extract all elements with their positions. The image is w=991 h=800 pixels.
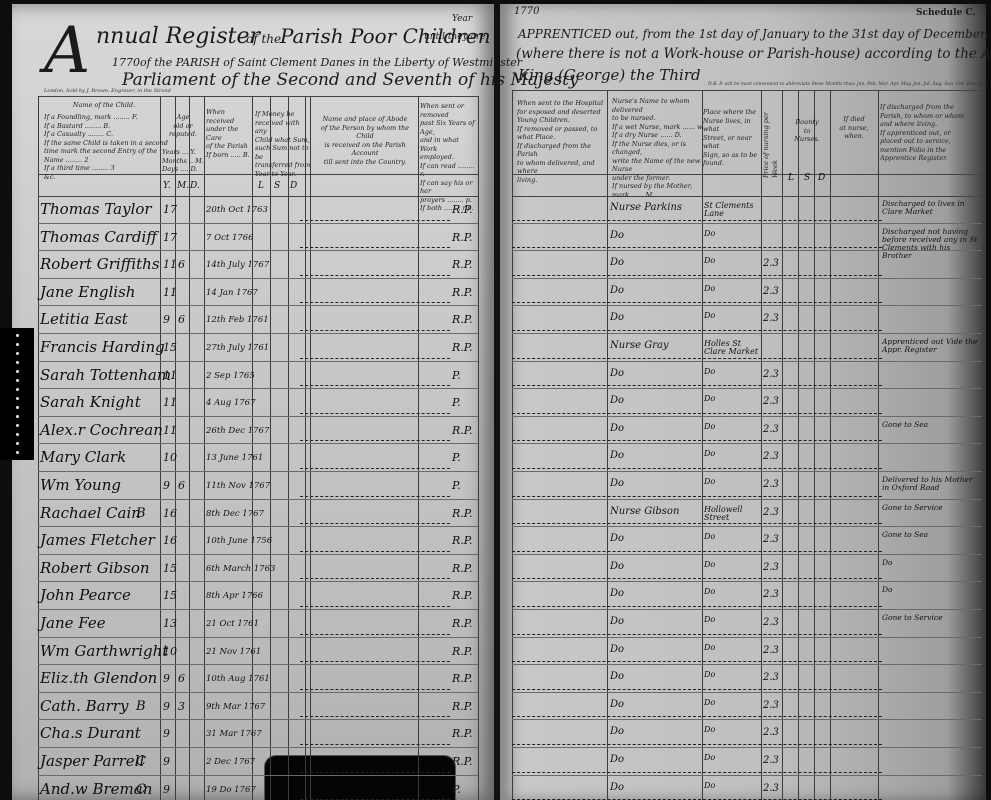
title-year-label: Year <box>452 14 472 24</box>
discharge-note: Gone to Sea <box>882 421 982 429</box>
nurse-place: Do <box>704 754 762 762</box>
entry-rule <box>512 330 882 332</box>
nurse-place: Do <box>704 478 762 486</box>
header-line: Years ... Y. <box>162 148 206 157</box>
printer-note: London, Sold by J. Brown, Engraver, in t… <box>44 88 171 94</box>
age-years: 10 <box>163 451 177 464</box>
nurse-place: Do <box>704 450 762 458</box>
title-initial: A <box>44 14 90 88</box>
nurse-name: Do <box>610 644 624 655</box>
header-line: If can read ........ r. <box>420 162 478 179</box>
date-received: 12th Feb 1761 <box>206 315 269 325</box>
right-title-note: N.B. It will be most convenient to abbre… <box>708 82 988 87</box>
table-row: DoDo2.3 <box>500 444 991 472</box>
table-row: DoDo2.3 <box>500 665 991 693</box>
unit-pounds: L <box>258 181 264 191</box>
child-name: Alex.r Cochrean <box>40 421 163 439</box>
weekly-price: 2.3 <box>763 617 779 628</box>
weekly-price: 2.3 <box>763 479 779 490</box>
nurse-place: Do <box>704 588 762 596</box>
table-row: Alex.r Cochrean1126th Dec 1767R.P. <box>0 417 494 445</box>
child-name: Robert Griffiths <box>40 255 160 273</box>
nurse-name: Do <box>610 478 624 489</box>
child-name: Jasper Parrell <box>40 752 144 770</box>
title-annual-register: nnual Register <box>96 24 260 49</box>
header-line: If a Bastard ........ B. <box>44 122 170 131</box>
entry-rule <box>512 358 882 360</box>
table-row: Thomas Cardiff177 Oct 1766R.P. <box>0 224 494 252</box>
header-line: to whom delivered, and where <box>517 159 609 176</box>
date-received: 7 Oct 1766 <box>206 233 254 243</box>
weekly-price: 2.3 <box>763 396 779 407</box>
header-line: transferred from <box>255 161 311 170</box>
entry-rule <box>512 302 882 304</box>
nurse-place: Hollowell Street <box>704 506 762 522</box>
col-place-header: Place where theNurse lives, in whatStree… <box>703 108 761 168</box>
unit-days: D. <box>190 181 200 191</box>
read-pray-status: P. <box>452 783 461 796</box>
table-row: Sarah Tottenham112 Sep 1765P. <box>0 362 494 390</box>
table-row: DoDo2.3 <box>500 720 991 748</box>
nurse-place: Do <box>704 312 762 320</box>
discharge-note: Gone to Service <box>882 504 982 512</box>
nurse-name: Do <box>610 368 624 379</box>
nurse-name: Do <box>610 671 624 682</box>
table-row: Nurse GrayHolles St Clare MarketApprenti… <box>500 334 991 362</box>
child-mark: C <box>136 782 146 797</box>
entry-rule <box>512 634 882 636</box>
nurse-place: Do <box>704 368 762 376</box>
weekly-price: 2.3 <box>763 783 779 794</box>
entry-rule <box>300 330 450 332</box>
date-received: 9th Mar 1767 <box>206 702 265 712</box>
table-row: Cha.s Durant931 Mar 1767R.P. <box>0 720 494 748</box>
table-row: Eliz.th Glendon9610th Aug 1761R.P. <box>0 665 494 693</box>
entry-rule <box>512 661 882 663</box>
unit-shillings: S <box>274 181 280 191</box>
title-year: 1770 <box>112 56 140 69</box>
title-parliament-line: Parliament of the Second and Seventh of … <box>122 70 579 90</box>
date-received: 8th Apr 1766 <box>206 591 263 601</box>
header-line: to be nursed. <box>612 114 704 123</box>
date-received: 19 Do 1767 <box>206 785 256 795</box>
age-years: 13 <box>163 617 177 630</box>
date-received: 27th July 1761 <box>206 343 269 353</box>
nurse-name: Nurse Parkins <box>610 202 682 213</box>
col-received-header: When receivedunder the Careof the Parish… <box>206 108 252 159</box>
date-received: 21 Oct 1761 <box>206 619 259 629</box>
header-line: placed out to service, <box>880 137 976 146</box>
discharge-note: Gone to Service <box>882 614 982 622</box>
table-row: DoDo2.3Do <box>500 582 991 610</box>
nurse-name: Do <box>610 588 624 599</box>
entry-rule <box>300 661 450 663</box>
child-name: Eliz.th Glendon <box>40 669 157 687</box>
header-line: for exposed and deserted <box>517 108 609 117</box>
nurse-place: Do <box>704 644 762 652</box>
entry-rule <box>512 385 882 387</box>
table-row: James Fletcher1610th June 1756R.P. <box>0 527 494 555</box>
age-months: 6 <box>178 258 185 271</box>
header-line: Apprentice Register. <box>880 154 976 163</box>
header-line: Place where the <box>703 108 761 117</box>
age-years: 10 <box>163 645 177 658</box>
read-pray-status: R.P. <box>452 203 472 216</box>
header-line: is received on the Parish Account <box>312 141 418 158</box>
entry-rule <box>300 523 450 525</box>
header-line: Sign, so as to be <box>703 151 761 160</box>
entry-rule <box>300 606 450 608</box>
table-row: Jasper ParrellC92 Dec 1767R.P. <box>0 748 494 776</box>
table-row: Wm Young9611th Nov 1767P. <box>0 472 494 500</box>
weekly-price: 2.3 <box>763 507 779 518</box>
header-line: If can say his or her <box>420 179 478 196</box>
nurse-name: Do <box>610 782 624 793</box>
age-years: 17 <box>163 231 177 244</box>
child-name: Wm Young <box>40 476 121 494</box>
age-years: 15 <box>163 562 177 575</box>
right-year: 1770 <box>514 6 539 17</box>
table-row: Nurse ParkinsSt Clements LaneDischarged … <box>500 196 991 224</box>
read-pray-status: R.P. <box>452 645 472 658</box>
header-line: under the Care <box>206 125 252 142</box>
read-pray-status: R.P. <box>452 755 472 768</box>
date-received: 13 June 1761 <box>206 453 263 463</box>
read-pray-status: R.P. <box>452 507 472 520</box>
unit-bounty-pounds: L <box>788 173 794 183</box>
header-line: If discharged from the <box>880 103 976 112</box>
nurse-name: Nurse Gray <box>610 340 669 351</box>
header-line: If died <box>832 115 876 124</box>
table-row: DoDo2.3 <box>500 362 991 390</box>
nurse-place: Do <box>704 726 762 734</box>
header-line: Name ........ 2 <box>44 156 170 165</box>
child-name: Thomas Taylor <box>40 200 152 218</box>
table-row: DoDo2.3 <box>500 693 991 721</box>
header-line: When received <box>206 108 252 125</box>
entry-rule <box>300 358 450 360</box>
weekly-price: 2.3 <box>763 451 779 462</box>
nurse-place: Do <box>704 616 762 624</box>
col-money-header: If Money bereceived with anyChild what S… <box>255 110 311 178</box>
read-pray-status: P. <box>452 369 461 382</box>
entry-rule <box>512 551 882 553</box>
weekly-price: 2.3 <box>763 700 779 711</box>
table-row: Jane Fee1321 Oct 1761R.P. <box>0 610 494 638</box>
entry-rule <box>512 772 882 774</box>
entry-rule <box>300 385 450 387</box>
entry-rule <box>512 440 882 442</box>
child-mark: B <box>136 506 146 521</box>
entry-rule <box>300 275 450 277</box>
header-line: When sent to the Hospital <box>517 99 609 108</box>
nurse-place: Holles St Clare Market <box>704 340 762 356</box>
nurse-place: Do <box>704 395 762 403</box>
read-pray-status: P. <box>452 396 461 409</box>
header-line: such Sum not to be <box>255 144 311 161</box>
entry-rule <box>512 716 882 718</box>
date-received: 20th Oct 1763 <box>206 205 268 215</box>
entry-rule <box>512 468 882 470</box>
entry-rule <box>300 689 450 691</box>
table-row: DoDoDischarged not having before receive… <box>500 224 991 252</box>
entry-rule <box>300 247 450 249</box>
header-line: to <box>782 127 832 136</box>
header-line: If a dry Nurse ...... D. <box>612 131 704 140</box>
age-months: 3 <box>178 700 185 713</box>
nurse-name: Do <box>610 395 624 406</box>
child-name: Sarah Knight <box>40 393 141 411</box>
table-row: Jane English1114 Jan 1767R.P. <box>0 279 494 307</box>
read-pray-status: R.P. <box>452 286 472 299</box>
right-title-line3: King (George) the Third <box>518 66 701 84</box>
nurse-name: Do <box>610 699 624 710</box>
age-years: 11 <box>163 286 177 299</box>
table-row: DoDo2.3Delivered to his Mother in Oxford… <box>500 472 991 500</box>
header-line: If the same Child is taken in a second <box>44 139 170 148</box>
entry-rule <box>512 220 882 222</box>
header-line: employed. <box>420 153 478 162</box>
read-pray-status: R.P. <box>452 534 472 547</box>
col-age-sub: Years ... Y.Months .. M.Days .... D. <box>162 148 206 174</box>
discharge-note: Gone to Sea <box>882 531 982 539</box>
unit-years: Y. <box>163 181 171 191</box>
entry-rule <box>300 716 450 718</box>
table-row: DoDo2.3Gone to Service <box>500 610 991 638</box>
header-line: received with any <box>255 119 311 136</box>
child-mark: B <box>136 699 146 714</box>
header-line: If a third time ........ 3 <box>44 164 170 173</box>
header-line: write the Name of the new Nurse <box>612 157 704 174</box>
col-price-header: Price of nursing per Week <box>762 98 779 178</box>
read-pray-status: R.P. <box>452 313 472 326</box>
date-received: 26th Dec 1767 <box>206 426 269 436</box>
child-name: James Fletcher <box>40 531 155 549</box>
header-line: Young Children. <box>517 116 609 125</box>
col-hospital-header: When sent to the Hospitalfor exposed and… <box>517 99 609 184</box>
age-years: 16 <box>163 534 177 547</box>
age-years: 15 <box>163 589 177 602</box>
read-pray-status: R.P. <box>452 700 472 713</box>
age-years: 9 <box>163 700 170 713</box>
age-months: 6 <box>178 672 185 685</box>
nurse-name: Do <box>610 754 624 765</box>
age-years: 9 <box>163 479 170 492</box>
date-received: 10th Aug 1761 <box>206 674 270 684</box>
age-years: 15 <box>163 341 177 354</box>
table-row: Sarah Knight114 Aug 1767P. <box>0 389 494 417</box>
header-line: If a Casualty ........ C. <box>44 130 170 139</box>
discharge-note: Do <box>882 559 982 567</box>
nurse-name: Do <box>610 450 624 461</box>
header-line: If removed or passed, to <box>517 125 609 134</box>
header-line: living. <box>517 176 609 185</box>
child-name: Jane Fee <box>40 614 106 632</box>
entry-rule <box>300 578 450 580</box>
header-line: Child what Sum, <box>255 136 311 145</box>
header-line: If a Foundling, mark ........ F. <box>44 113 170 122</box>
entry-rule <box>300 413 450 415</box>
child-name: Letitia East <box>40 310 128 328</box>
header-line: Year to Year. <box>255 170 311 179</box>
entry-rule <box>300 496 450 498</box>
entry-rule <box>512 578 882 580</box>
table-row: DoDo2.3Do <box>500 555 991 583</box>
title-of-the: of the <box>246 32 281 46</box>
age-years: 11 <box>163 369 177 382</box>
child-mark: C <box>136 754 146 769</box>
child-name: Jane English <box>40 283 135 301</box>
header-line: Nurse lives, in what <box>703 117 761 134</box>
nurse-name: Do <box>610 726 624 737</box>
read-pray-status: R.P. <box>452 562 472 575</box>
header-line: when. <box>832 132 876 141</box>
age-years: 9 <box>163 727 170 740</box>
title-until-they-are: until they are <box>424 32 486 42</box>
read-pray-status: R.P. <box>452 617 472 630</box>
nurse-place: Do <box>704 423 762 431</box>
header-line: of the Parish <box>206 142 252 151</box>
read-pray-status: P. <box>452 479 461 492</box>
age-years: 9 <box>163 313 170 326</box>
weekly-price: 2.3 <box>763 727 779 738</box>
entry-rule <box>300 220 450 222</box>
discharge-note: Apprenticed out Vide the Appr. Register <box>882 338 982 354</box>
child-name: Cha.s Durant <box>40 724 141 742</box>
weekly-price: 2.3 <box>763 258 779 269</box>
table-row: And.w BremanC919 Do 1767P. <box>0 776 494 800</box>
header-line: If a wet Nurse, mark ...... w. <box>612 123 704 132</box>
child-name: Sarah Tottenham <box>40 366 171 384</box>
table-row: Wm Garthwright1021 Nov 1761R.P. <box>0 638 494 666</box>
entry-rule <box>512 606 882 608</box>
date-received: 14 Jan 1767 <box>206 288 258 298</box>
header-line: of the Person by whom the Child <box>312 124 418 141</box>
table-row: John Pearce158th Apr 1766R.P. <box>0 582 494 610</box>
child-name: Rachael Cain <box>40 504 141 522</box>
weekly-price: 2.3 <box>763 672 779 683</box>
weekly-price: 2.3 <box>763 562 779 573</box>
child-name: John Pearce <box>40 586 131 604</box>
date-received: 8th Dec 1767 <box>206 509 264 519</box>
entry-rule <box>512 413 882 415</box>
header-line: Months .. M. <box>162 157 206 166</box>
table-row: DoDo2.3Gone to Sea <box>500 417 991 445</box>
col-died-header: If diedat nurse,when. <box>832 115 876 141</box>
col-discharged-header: If discharged from theParish, to whom or… <box>880 103 976 163</box>
age-years: 17 <box>163 203 177 216</box>
right-header-top-rule <box>512 90 982 91</box>
entry-rule <box>300 468 450 470</box>
age-years: 16 <box>163 507 177 520</box>
date-received: 21 Nov 1761 <box>206 647 261 657</box>
read-pray-status: R.P. <box>452 231 472 244</box>
entry-rule <box>512 744 882 746</box>
discharge-note: Discharged to lives in Clare Market <box>882 200 982 216</box>
header-line: time mark the second Entry of the <box>44 147 170 156</box>
unit-bounty-pence: D <box>818 173 825 183</box>
age-years: 11 <box>163 258 177 271</box>
weekly-price: 2.3 <box>763 313 779 324</box>
table-row: Robert Gibson156th March 1763R.P. <box>0 555 494 583</box>
date-received: 10th June 1756 <box>206 536 272 546</box>
read-pray-status: R.P. <box>452 727 472 740</box>
table-row: Nurse GibsonHollowell Street2.3Gone to S… <box>500 500 991 528</box>
header-line: &c. <box>44 173 170 182</box>
date-received: 2 Sep 1765 <box>206 371 255 381</box>
read-pray-status: P. <box>452 451 461 464</box>
col-name-title: Name of the Child. <box>40 101 168 110</box>
title-parish-line: of the PARISH of Saint Clement Danes in … <box>140 56 522 69</box>
header-line: Nurse's Name to whom delivered <box>612 97 704 114</box>
right-title-line1: APPRENTICED out, from the 1st day of Jan… <box>518 27 988 41</box>
age-years: 9 <box>163 783 170 796</box>
child-name: Thomas Cardiff <box>40 228 157 246</box>
nurse-name: Do <box>610 561 624 572</box>
header-line: reputed. <box>162 130 204 139</box>
header-line: If born ..... B. <box>206 151 252 160</box>
date-received: 14th July 1767 <box>206 260 269 270</box>
col-abode-header: Name and place of Abodeof the Person by … <box>312 115 418 166</box>
entry-rule <box>300 744 450 746</box>
entry-rule <box>300 551 450 553</box>
table-row: Robert Griffiths11614th July 1767R.P. <box>0 251 494 279</box>
discharge-note: Delivered to his Mother in Oxford Road <box>882 476 982 492</box>
header-line: at nurse, <box>832 124 876 133</box>
nurse-name: Do <box>610 423 624 434</box>
nurse-place: Do <box>704 285 762 293</box>
header-line: Bounty <box>782 118 832 127</box>
header-line: If nursed by the Mother, <box>612 182 704 191</box>
read-pray-status: R.P. <box>452 589 472 602</box>
header-line: past Six Years of Age, <box>420 119 478 136</box>
entry-rule <box>300 440 450 442</box>
header-line: and where living. <box>880 120 976 129</box>
table-row: Letitia East9612th Feb 1761R.P. <box>0 306 494 334</box>
col-name-notes: If a Foundling, mark ........ F.If a Bas… <box>44 113 170 181</box>
header-line: When sent or removed <box>420 102 478 119</box>
discharge-note: Do <box>882 586 982 594</box>
child-name: Wm Garthwright <box>40 642 168 660</box>
nurse-name: Do <box>610 285 624 296</box>
weekly-price: 2.3 <box>763 424 779 435</box>
col-bounty-header: BountytoNurses. <box>782 118 832 144</box>
nurse-name: Do <box>610 230 624 241</box>
nurse-place: Do <box>704 699 762 707</box>
table-row: DoDo2.3 <box>500 279 991 307</box>
header-line: mention Folio in the <box>880 146 976 155</box>
header-line: old or <box>162 122 204 131</box>
nurse-name: Nurse Gibson <box>610 506 679 517</box>
header-line: If Money be <box>255 110 311 119</box>
nurse-name: Do <box>610 533 624 544</box>
age-months: 6 <box>178 479 185 492</box>
header-line: Street, or near what <box>703 134 761 151</box>
entry-rule <box>512 275 882 277</box>
header-line: If discharged from the Parish <box>517 142 609 159</box>
date-received: 4 Aug 1767 <box>206 398 256 408</box>
entry-rule <box>300 302 450 304</box>
entry-rule <box>300 634 450 636</box>
age-years: 11 <box>163 424 177 437</box>
table-row: DoDo2.3 <box>500 638 991 666</box>
table-row: DoDo2.3 <box>500 251 991 279</box>
table-row: Francis Harding1527th July 1761R.P. <box>0 334 494 362</box>
right-title-line2: (where there is not a Work-house or Pari… <box>516 46 991 62</box>
header-top-rule <box>38 96 478 97</box>
unit-months: M. <box>177 181 189 191</box>
table-row: Rachael CainB168th Dec 1767R.P. <box>0 500 494 528</box>
